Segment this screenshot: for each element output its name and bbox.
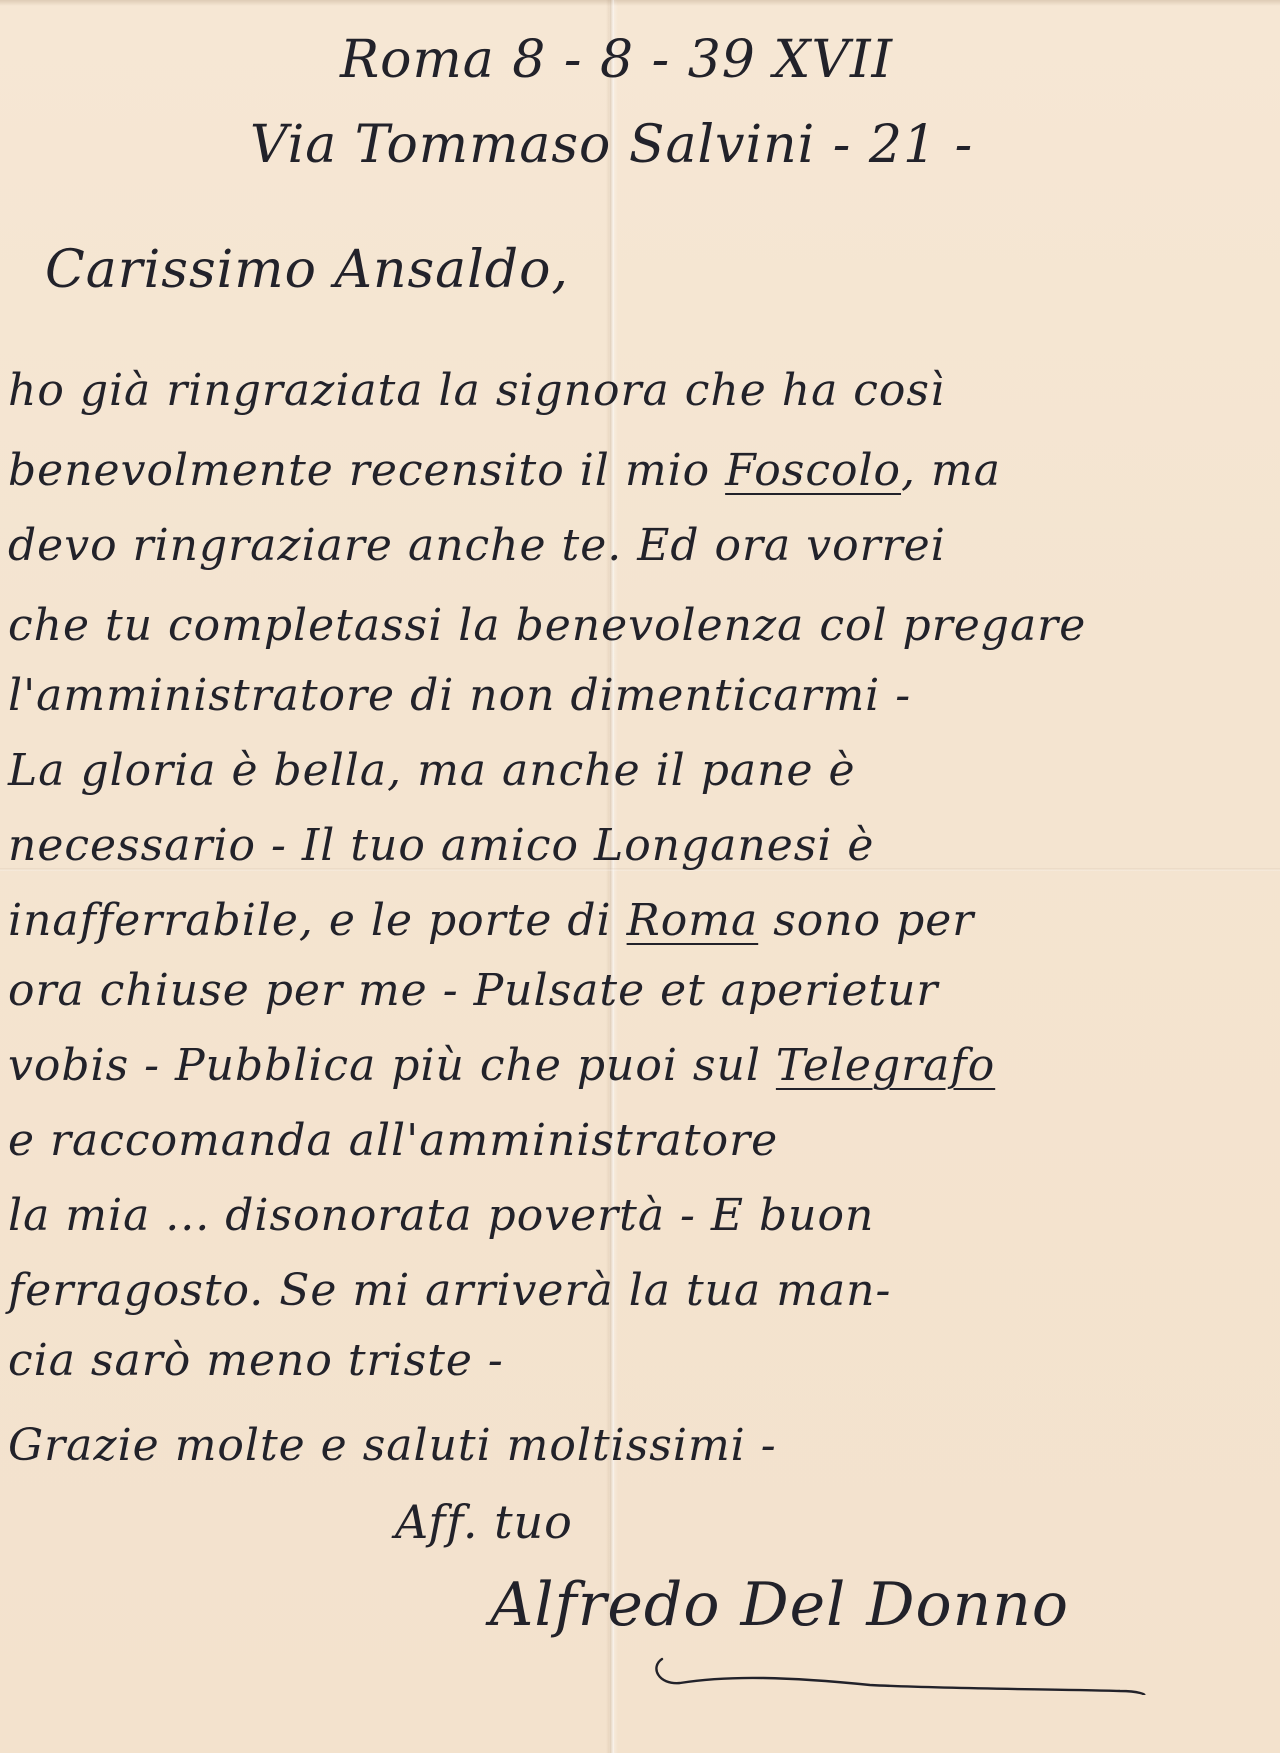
- body-line: ora chiuse per me - Pulsate et aperietur: [8, 965, 1238, 1016]
- underlined-word-telegrafo: Telegrafo: [776, 1040, 995, 1091]
- letter-address: Via Tommaso Salvini - 21 -: [250, 115, 973, 175]
- body-line-text: inafferrabile, e le porte di: [8, 895, 627, 946]
- letter-signature: Alfredo Del Donno: [490, 1570, 1069, 1640]
- body-line: l'amministratore di non dimenticarmi -: [8, 670, 1238, 721]
- body-line-text: , ma: [901, 445, 1001, 496]
- vertical-fold-line: [610, 0, 614, 1753]
- underlined-word-roma: Roma: [627, 895, 759, 946]
- letter-closing: Aff. tuo: [395, 1495, 573, 1549]
- letter-place-date: Roma 8 - 8 - 39 XVII: [340, 30, 893, 90]
- body-line-text: vobis - Pubblica più che puoi sul: [8, 1040, 776, 1091]
- body-line-text: benevolmente recensito il mio: [8, 445, 725, 496]
- body-line-text: sono per: [758, 895, 974, 946]
- signature-flourish-icon: [650, 1655, 1150, 1695]
- body-line: la mia ... disonorata povertà - E buon: [8, 1190, 1238, 1241]
- body-line: necessario - Il tuo amico Longanesi è: [8, 820, 1238, 871]
- body-line: cia sarò meno triste -: [8, 1335, 1238, 1386]
- body-line: ho già ringraziata la signora che ha cos…: [8, 365, 1238, 416]
- body-line: La gloria è bella, ma anche il pane è: [8, 745, 1238, 796]
- body-line: vobis - Pubblica più che puoi sul Telegr…: [8, 1040, 1238, 1091]
- letter-page: Roma 8 - 8 - 39 XVII Via Tommaso Salvini…: [0, 0, 1280, 1753]
- underlined-word-foscolo: Foscolo: [725, 445, 901, 496]
- body-line: che tu completassi la benevolenza col pr…: [8, 600, 1238, 651]
- body-line: devo ringraziare anche te. Ed ora vorrei: [8, 520, 1238, 571]
- letter-salutation: Carissimo Ansaldo,: [45, 240, 569, 300]
- paper-top-edge: [0, 0, 1280, 6]
- body-line: benevolmente recensito il mio Foscolo, m…: [8, 445, 1238, 496]
- body-line: ferragosto. Se mi arriverà la tua man-: [8, 1265, 1238, 1316]
- body-line: Grazie molte e saluti moltissimi -: [8, 1420, 1238, 1471]
- body-line: e raccomanda all'amministratore: [8, 1115, 1238, 1166]
- body-line: inafferrabile, e le porte di Roma sono p…: [8, 895, 1238, 946]
